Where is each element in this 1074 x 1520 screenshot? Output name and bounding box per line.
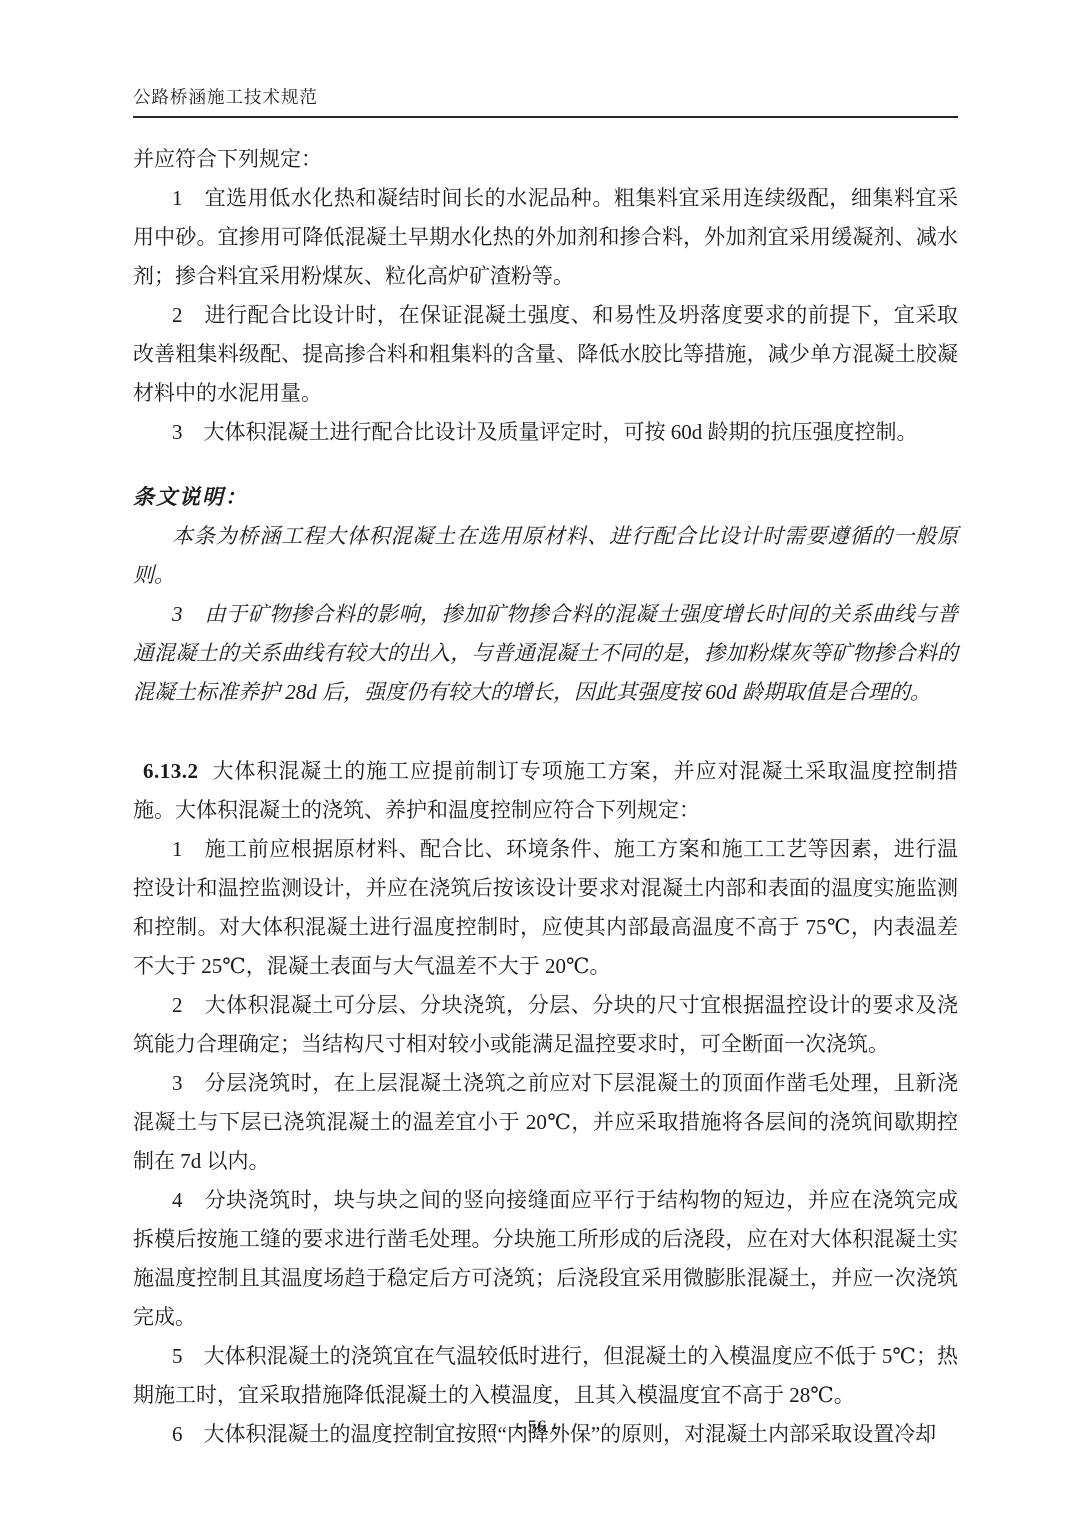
clause-item-5: 5 大体积混凝土的浇筑宜在气温较低时进行，但混凝土的入模温度应不低于 5℃；热期… [133,1337,958,1415]
page-number: - 56 - [516,1417,557,1438]
page-body: 并应符合下列规定： 1 宜选用低水化热和凝结时间长的水泥品种。粗集料宜采用连续级… [133,140,958,1454]
clause-item-3: 3 分层浇筑时，在上层混凝土浇筑之前应对下层混凝土的顶面作凿毛处理，且新浇混凝土… [133,1064,958,1181]
general-item-1: 1 宜选用低水化热和凝结时间长的水泥品种。粗集料宜采用连续级配，细集料宜采用中砂… [133,179,958,296]
clause-item-2: 2 大体积混凝土可分层、分块浇筑，分层、分块的尺寸宜根据温控设计的要求及浇筑能力… [133,986,958,1064]
clause-item-4: 4 分块浇筑时，块与块之间的竖向接缝面应平行于结构物的短边，并应在浇筑完成拆模后… [133,1181,958,1337]
page-header: 公路桥涵施工技术规范 [133,84,958,118]
clause-text: 大体积混凝土的施工应提前制订专项施工方案，并应对混凝土采取温度控制措施。大体积混… [133,759,958,822]
general-item-3: 3 大体积混凝土进行配合比设计及质量评定时，可按 60d 龄期的抗压强度控制。 [133,413,958,452]
notes-paragraph-2: 3 由于矿物掺合料的影响，掺加矿物掺合料的混凝土强度增长时间的关系曲线与普通混凝… [133,595,958,712]
clause-6-13-2: 6.13.2大体积混凝土的施工应提前制订专项施工方案，并应对混凝土采取温度控制措… [133,752,958,830]
clause-item-1: 1 施工前应根据原材料、配合比、环境条件、施工方案和施工工艺等因素，进行温控设计… [133,830,958,986]
page-footer: - 56 - [0,1417,1074,1439]
notes-heading: 条文说明： [133,478,958,517]
header-title: 公路桥涵施工技术规范 [133,87,318,107]
general-item-2: 2 进行配合比设计时，在保证混凝土强度、和易性及坍落度要求的前提下，宜采取改善粗… [133,296,958,413]
clause-number: 6.13.2 [143,759,199,783]
notes-paragraph-1: 本条为桥涵工程大体积混凝土在选用原材料、进行配合比设计时需要遵循的一般原则。 [133,517,958,595]
intro-paragraph: 并应符合下列规定： [133,140,958,179]
document-page: 公路桥涵施工技术规范 并应符合下列规定： 1 宜选用低水化热和凝结时间长的水泥品… [0,0,1074,1520]
